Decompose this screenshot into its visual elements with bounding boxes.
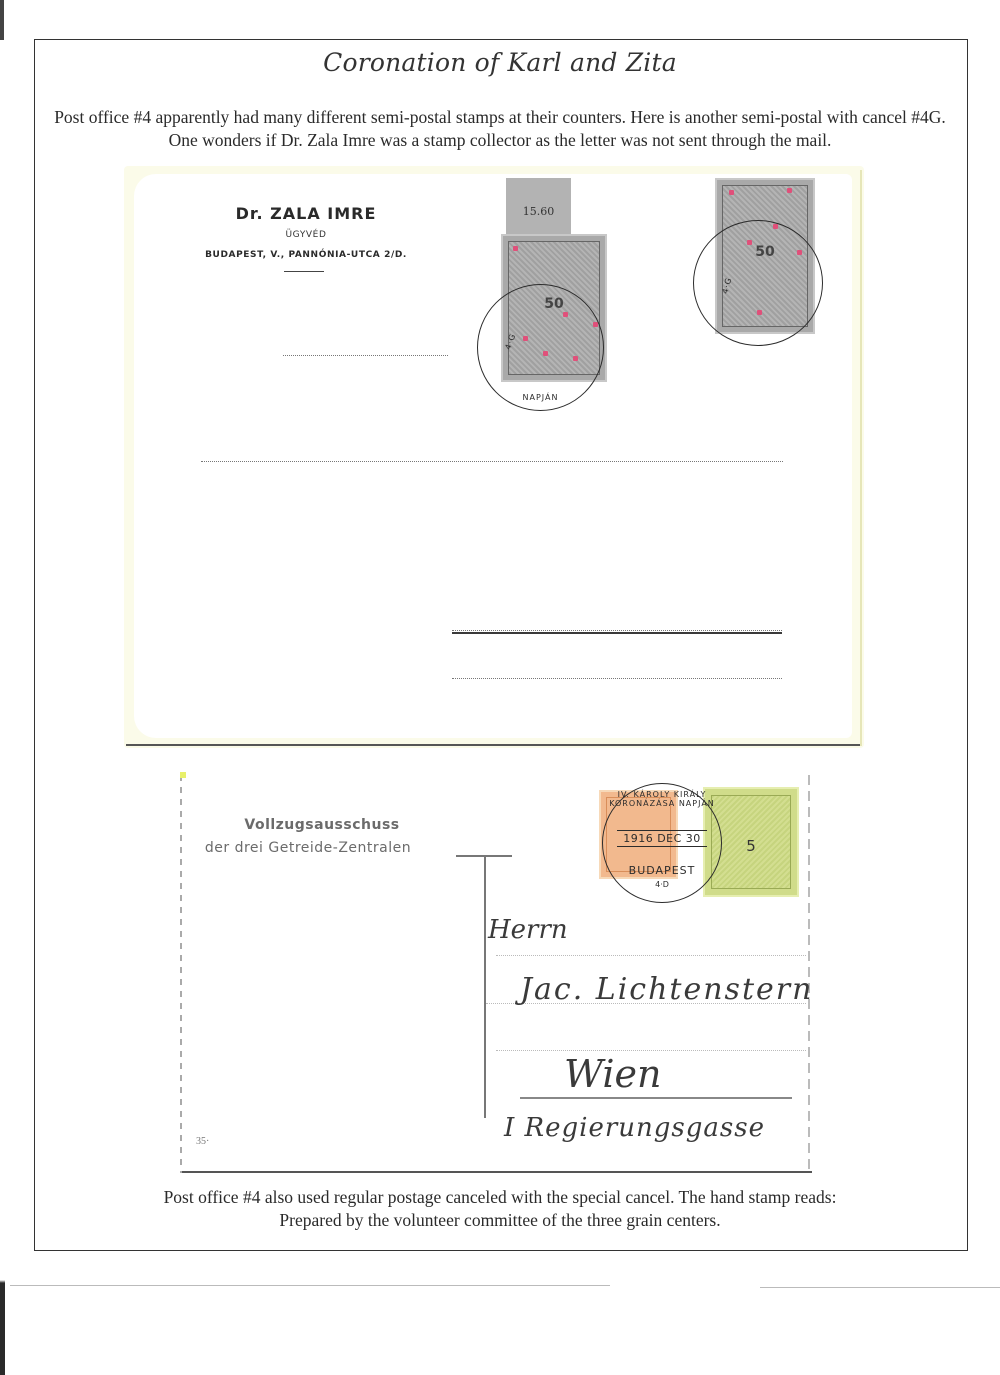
cover-right-edge [860, 170, 862, 746]
handwritten-address-line-3: Wien [564, 1052, 662, 1096]
sheet-selvage: 15.60 [506, 178, 571, 236]
handstamp-line-1: Vollzugsausschuss [222, 817, 422, 833]
card-number: 35· [196, 1136, 209, 1147]
page-title: Coronation of Karl and Zita [0, 48, 1000, 77]
cover-bottom-edge [126, 744, 862, 746]
letterhead-address: BUDAPEST, V., PANNÓNIA-UTCA 2/D. [170, 250, 442, 260]
cancel-office: 4·D [603, 880, 721, 889]
caption-line-1: Post office #4 also used regular postage… [60, 1186, 940, 1209]
postcard-corner [180, 772, 186, 778]
address-solid-line [452, 632, 782, 634]
handwritten-address-line-4: I Regierungsgasse [504, 1113, 765, 1143]
cancel-ring-text: IV. KÁROLY KIRÁLY KORONÁZÁSA NAPJÁN [603, 790, 721, 808]
cancel-city: BUDAPEST [603, 864, 721, 877]
scan-left-edge-top [0, 0, 4, 40]
address-dotted-line [452, 630, 782, 631]
address-dotted-line [496, 1050, 806, 1051]
handwritten-address-line-1: Herrn [488, 915, 568, 945]
letterhead-profession: ÜGYVÉD [186, 230, 426, 240]
postmark-cancel: 4·G NAPJÁN [477, 284, 604, 411]
postcard-divider [484, 856, 486, 1118]
scan-left-edge [0, 0, 5, 1375]
bottom-caption: Post office #4 also used regular postage… [60, 1186, 940, 1232]
scan-artifact-line [10, 1285, 610, 1286]
postcard-bottom-edge [182, 1171, 812, 1173]
letterhead-name: Dr. ZALA IMRE [186, 204, 426, 223]
postmark-cancel: 4·G [693, 220, 823, 346]
address-dotted-line [452, 678, 782, 679]
address-dotted-line [283, 355, 448, 356]
postcard-left-edge [180, 775, 182, 1173]
letterhead-rule [284, 271, 324, 272]
coronation-day-cancel: IV. KÁROLY KIRÁLY KORONÁZÁSA NAPJÁN 1916… [602, 783, 722, 903]
handstamp-line-2: der drei Getreide-Zentralen [188, 840, 428, 856]
handwritten-address-line-2: Jac. Lichtenstern [520, 972, 813, 1007]
address-dotted-line [496, 955, 806, 956]
caption-line-2: Prepared by the volunteer committee of t… [60, 1209, 940, 1232]
address-dotted-line [201, 461, 783, 462]
scan-artifact-line [760, 1287, 1000, 1288]
cancel-date: 1916 DEC 30 [617, 830, 707, 847]
selvage-number: 15.60 [506, 205, 571, 218]
intro-paragraph: Post office #4 apparently had many diffe… [40, 106, 960, 152]
address-solid-line [520, 1097, 792, 1099]
